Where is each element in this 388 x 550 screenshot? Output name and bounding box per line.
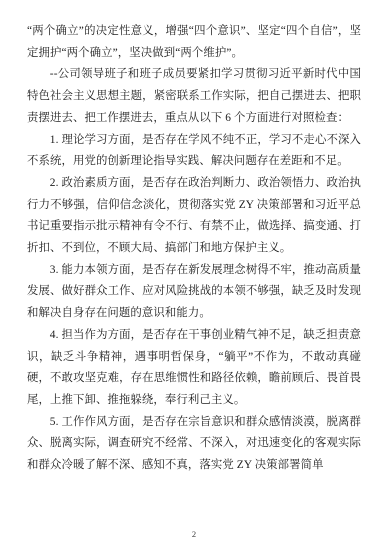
paragraph: 5. 工作作风方面，是否存在宗旨意识和群众感情淡漠，脱离群众、脱离实际，调查研究… xyxy=(27,412,361,477)
paragraph: 2. 政治素质方面，是否存在政治判断力、政治领悟力、政治执行力不够强，信仰信念淡… xyxy=(27,173,361,260)
paragraph: 1. 理论学习方面，是否存在学风不纯不正，学习不走心不深入不系统，用党的创新理论… xyxy=(27,130,361,173)
page-number: 2 xyxy=(0,529,388,539)
paragraph: --公司领导班子和班子成员要紧扣学习贯彻习近平新时代中国特色社会主义思想主题，紧… xyxy=(27,64,361,129)
document-body: “两个确立”的决定性意义，增强“四个意识”、坚定“四个自信”，坚定拥护“两个确立… xyxy=(27,21,361,477)
paragraph: 4. 担当作为方面，是否存在干事创业精气神不足，缺乏担责意识，缺乏斗争精神，遇事… xyxy=(27,325,361,412)
paragraph: “两个确立”的决定性意义，增强“四个意识”、坚定“四个自信”，坚定拥护“两个确立… xyxy=(27,21,361,64)
document-page: “两个确立”的决定性意义，增强“四个意识”、坚定“四个自信”，坚定拥护“两个确立… xyxy=(0,0,388,550)
paragraph: 3. 能力本领方面，是否存在新发展理念树得不牢，推动高质量发展、做好群众工作、应… xyxy=(27,260,361,325)
